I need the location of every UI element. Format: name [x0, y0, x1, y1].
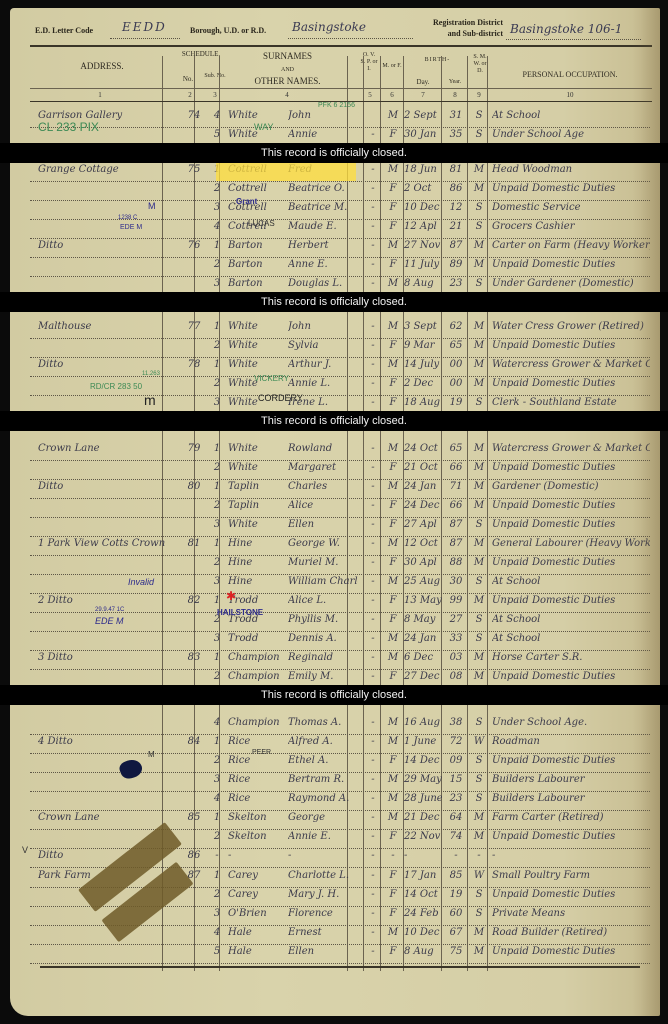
cell-sex: F: [385, 340, 401, 351]
census-row: 3HineWilliam Charles-M25 Aug30SAt School: [30, 574, 650, 594]
cell-sex: F: [385, 397, 401, 408]
annotation-inv: Invalid: [128, 577, 154, 587]
cell-sub: 4: [208, 221, 226, 232]
cell-sub: 1: [208, 359, 226, 370]
annotation-ede-code-2: EDE M: [95, 616, 124, 626]
cell-status: M: [471, 359, 487, 370]
cell-sched: 84: [180, 736, 208, 747]
cell-ovspi: -: [366, 614, 380, 625]
cell-status: M: [471, 812, 487, 823]
cell-surname: Champion: [228, 652, 288, 663]
cell-sex: F: [385, 557, 401, 568]
cell-sub: -: [208, 850, 226, 861]
cell-other: Ellen: [288, 946, 358, 957]
cell-address: 1 Park View Cotts Crown Lane: [38, 538, 168, 549]
annotation-m-2: m: [144, 392, 156, 408]
cell-occupation: Unpaid Domestic Duties: [492, 595, 650, 606]
cell-occupation: Grocers Cashier: [492, 221, 650, 232]
cell-day: 29 May: [404, 774, 442, 785]
cell-sched: 85: [180, 812, 208, 823]
cell-status: S: [471, 717, 487, 728]
cell-day: 17 Jan: [404, 870, 442, 881]
cell-surname: Barton: [228, 278, 288, 289]
census-row: Ditto781WhiteArthur J.-M14 July00MWaterc…: [30, 357, 650, 377]
cell-day: 18 Jun: [404, 164, 442, 175]
cell-address: Crown Lane: [38, 812, 168, 823]
cell-year: 08: [445, 671, 467, 682]
cell-year: 31: [445, 110, 467, 121]
cell-day: 24 Oct: [404, 443, 442, 454]
cell-occupation: Watercress Grower & Market Gardener: [492, 443, 650, 454]
census-row: 4RiceRaymond A.-M28 June23SBuilders Labo…: [30, 791, 650, 811]
cell-surname: White: [228, 443, 288, 454]
cell-ovspi: -: [366, 538, 380, 549]
cell-sex: M: [385, 110, 401, 121]
cell-sub: 2: [208, 340, 226, 351]
cell-sex: F: [385, 671, 401, 682]
cell-sub: 5: [208, 129, 226, 140]
cell-sub: 2: [208, 671, 226, 682]
cell-year: 87: [445, 538, 467, 549]
cell-occupation: Small Poultry Farm: [492, 870, 650, 881]
cell-sub: 3: [208, 202, 226, 213]
cell-other: Emily M.: [288, 671, 358, 682]
cell-year: 72: [445, 736, 467, 747]
cell-other: Charlotte L.: [288, 870, 358, 881]
cell-day: 2 Sept: [404, 110, 442, 121]
cell-year: 65: [445, 443, 467, 454]
cell-other: Mary J. H.: [288, 889, 358, 900]
cell-occupation: Head Woodman: [492, 164, 650, 175]
cell-other: Raymond A.: [288, 793, 358, 804]
cell-sub: 4: [208, 927, 226, 938]
cell-day: 24 Jan: [404, 481, 442, 492]
column-number: 2: [180, 91, 200, 99]
cell-year: 89: [445, 259, 467, 270]
cell-ovspi: -: [366, 652, 380, 663]
cell-occupation: Under Gardener (Domestic): [492, 278, 650, 289]
cell-occupation: Roadman: [492, 736, 650, 747]
cell-sched: 77: [180, 321, 208, 332]
cell-surname: -: [228, 850, 288, 861]
cell-ovspi: -: [366, 164, 380, 175]
cell-year: 23: [445, 793, 467, 804]
cell-sex: F: [385, 946, 401, 957]
annotation-cordery: CORDERY: [258, 393, 303, 403]
cell-ovspi: -: [366, 183, 380, 194]
column-number: 3: [205, 91, 225, 99]
col-sex: M. or F.: [382, 63, 402, 70]
cell-status: -: [471, 850, 487, 861]
cell-address: 2 Ditto: [38, 595, 168, 606]
cell-sex: F: [385, 908, 401, 919]
cell-day: 14 Dec: [404, 755, 442, 766]
census-row: 4ChampionThomas A.-M16 Aug38SUnder Schoo…: [30, 715, 650, 735]
cell-sex: F: [385, 221, 401, 232]
cell-sex: M: [385, 359, 401, 370]
cell-sched: 80: [180, 481, 208, 492]
cell-surname: Rice: [228, 736, 288, 747]
cell-surname: Hine: [228, 576, 288, 587]
cell-occupation: Water Cress Grower (Retired): [492, 321, 650, 332]
cell-ovspi: -: [366, 717, 380, 728]
cell-surname: Taplin: [228, 500, 288, 511]
cell-other: Douglas L.: [288, 278, 358, 289]
cell-occupation: Private Means: [492, 908, 650, 919]
cell-other: Annie: [288, 129, 358, 140]
cell-day: 2 Oct: [404, 183, 442, 194]
cell-day: 16 Aug: [404, 717, 442, 728]
cell-status: M: [471, 538, 487, 549]
annotation-ede-date: 29.9.47 1C: [95, 607, 124, 613]
annotation-m-1: M: [148, 201, 156, 211]
cell-other: Florence: [288, 908, 358, 919]
cell-status: S: [471, 129, 487, 140]
cell-ovspi: -: [366, 519, 380, 530]
census-row: 3TroddDennis A.-M24 Jan33SAt School: [30, 631, 650, 651]
cell-ovspi: -: [366, 259, 380, 270]
cell-sex: M: [385, 321, 401, 332]
cell-status: M: [471, 164, 487, 175]
cell-address: Crown Lane: [38, 443, 168, 454]
cell-year: 09: [445, 755, 467, 766]
cell-day: 2 Dec: [404, 378, 442, 389]
cell-year: 71: [445, 481, 467, 492]
cell-sched: 74: [180, 110, 208, 121]
cell-status: M: [471, 671, 487, 682]
cell-status: S: [471, 774, 487, 785]
cell-ovspi: -: [366, 633, 380, 644]
annotation-m-3: M: [148, 750, 155, 759]
cell-year: 21: [445, 221, 467, 232]
cell-occupation: Unpaid Domestic Duties: [492, 259, 650, 270]
census-row: Ditto801TaplinCharles-M24 Jan71MGardener…: [30, 479, 650, 499]
cell-sub: 3: [208, 397, 226, 408]
cell-surname: White: [228, 359, 288, 370]
ed-letter-code-value: EEDD: [122, 20, 167, 34]
cell-sched: 79: [180, 443, 208, 454]
column-number: 10: [560, 91, 580, 99]
cell-day: 14 July: [404, 359, 442, 370]
cell-address: Ditto: [38, 481, 168, 492]
annotation-lucas: LUCAS: [248, 219, 275, 228]
cell-other: -: [288, 850, 358, 861]
cell-status: S: [471, 793, 487, 804]
cell-year: 67: [445, 927, 467, 938]
cell-occupation: Under School Age.: [492, 717, 650, 728]
cell-day: 21 Oct: [404, 462, 442, 473]
cell-occupation: Unpaid Domestic Duties: [492, 519, 650, 530]
cell-status: W: [471, 736, 487, 747]
registration-value: Basingstoke 106-1: [510, 22, 622, 36]
cell-sub: 3: [208, 278, 226, 289]
cell-status: M: [471, 443, 487, 454]
cell-occupation: At School: [492, 576, 650, 587]
cell-other: Bertram R.: [288, 774, 358, 785]
cell-year: 33: [445, 633, 467, 644]
cell-other: Beatrice O.: [288, 183, 358, 194]
cell-occupation: Builders Labourer: [492, 774, 650, 785]
cell-day: 8 Aug: [404, 946, 442, 957]
cell-other: Charles: [288, 481, 358, 492]
cell-other: William Charles: [288, 576, 358, 587]
cell-status: M: [471, 557, 487, 568]
cell-sex: M: [385, 240, 401, 251]
cell-occupation: Unpaid Domestic Duties: [492, 378, 650, 389]
col-birth: BIRTH-: [405, 56, 470, 65]
cell-sub: 1: [208, 321, 226, 332]
cell-day: 22 Nov: [404, 831, 442, 842]
cell-sub: 4: [208, 110, 226, 121]
cell-sub: 3: [208, 576, 226, 587]
cell-sex: F: [385, 889, 401, 900]
cell-ovspi: -: [366, 221, 380, 232]
cell-year: 23: [445, 278, 467, 289]
annotation-v: V: [22, 845, 28, 855]
cell-sex: F: [385, 183, 401, 194]
cell-surname: Hale: [228, 946, 288, 957]
cell-surname: Cottrell: [228, 183, 288, 194]
cell-ovspi: -: [366, 812, 380, 823]
cell-year: 75: [445, 946, 467, 957]
ed-letter-code-label: E.D. Letter Code: [35, 26, 93, 35]
cell-address: 3 Ditto: [38, 652, 168, 663]
borough-label: Borough, U.D. or R.D.: [190, 26, 266, 35]
cell-sub: 2: [208, 889, 226, 900]
cell-ovspi: -: [366, 378, 380, 389]
cell-status: M: [471, 946, 487, 957]
cell-sub: 4: [208, 717, 226, 728]
cell-status: W: [471, 870, 487, 881]
cell-day: 6 Dec: [404, 652, 442, 663]
cell-year: 85: [445, 870, 467, 881]
cell-ovspi: -: [366, 240, 380, 251]
cell-ovspi: -: [366, 870, 380, 881]
cell-other: Sylvia: [288, 340, 358, 351]
cell-day: 27 Nov: [404, 240, 442, 251]
closed-record-banner: This record is officially closed.: [0, 143, 668, 163]
cell-occupation: At School: [492, 633, 650, 644]
column-number: 7: [413, 91, 433, 99]
cell-sex: F: [385, 755, 401, 766]
cell-status: M: [471, 500, 487, 511]
cell-surname: White: [228, 321, 288, 332]
cell-year: 62: [445, 321, 467, 332]
cell-sub: 5: [208, 946, 226, 957]
cell-sex: F: [385, 202, 401, 213]
annotation-rdcr: RD/CR 283 50: [90, 382, 142, 391]
cell-sub: 1: [208, 240, 226, 251]
cell-day: 27 Apl: [404, 519, 442, 530]
cell-year: 74: [445, 831, 467, 842]
cell-other: Anne E.: [288, 259, 358, 270]
cell-surname: White: [228, 519, 288, 530]
cell-ovspi: -: [366, 831, 380, 842]
cell-sched: 81: [180, 538, 208, 549]
cell-sub: 1: [208, 736, 226, 747]
cell-ovspi: -: [366, 321, 380, 332]
cell-status: M: [471, 652, 487, 663]
cell-surname: Rice: [228, 793, 288, 804]
cell-sched: 78: [180, 359, 208, 370]
cell-occupation: Unpaid Domestic Duties: [492, 831, 650, 842]
annotation-cl-pix: CL 233 PIX: [38, 120, 99, 134]
borough-value: Basingstoke: [292, 20, 366, 34]
cell-sub: 2: [208, 557, 226, 568]
red-asterisk-icon: ✱: [226, 589, 236, 603]
cell-occupation: Builders Labourer: [492, 793, 650, 804]
census-row: 2WhiteSylvia-F9 Mar65MUnpaid Domestic Du…: [30, 338, 650, 358]
cell-sched: 75: [180, 164, 208, 175]
cell-other: Ernest: [288, 927, 358, 938]
cell-ovspi: -: [366, 755, 380, 766]
cell-occupation: Unpaid Domestic Duties: [492, 755, 650, 766]
column-number: 6: [382, 91, 402, 99]
cell-surname: Carey: [228, 889, 288, 900]
cell-occupation: Unpaid Domestic Duties: [492, 340, 650, 351]
cell-other: Phyllis M.: [288, 614, 358, 625]
cell-ovspi: -: [366, 793, 380, 804]
cell-day: 21 Dec: [404, 812, 442, 823]
cell-ovspi: -: [366, 927, 380, 938]
cell-sub: 2: [208, 755, 226, 766]
cell-sub: 2: [208, 831, 226, 842]
cell-ovspi: -: [366, 850, 380, 861]
closed-record-banner: This record is officially closed.: [0, 685, 668, 705]
col-surnames-and: AND: [230, 66, 345, 75]
cell-ovspi: -: [366, 576, 380, 587]
cell-year: 86: [445, 183, 467, 194]
cell-ovspi: -: [366, 481, 380, 492]
cell-other: George W.: [288, 538, 358, 549]
cell-other: Maude E.: [288, 221, 358, 232]
cell-sex: M: [385, 652, 401, 663]
cell-status: S: [471, 576, 487, 587]
cell-sex: F: [385, 831, 401, 842]
cell-sub: 1: [208, 538, 226, 549]
cell-status: S: [471, 202, 487, 213]
column-number: 4: [277, 91, 297, 99]
cell-sex: M: [385, 164, 401, 175]
cell-occupation: At School: [492, 110, 650, 121]
cell-sub: 1: [208, 652, 226, 663]
cell-other: John: [288, 321, 358, 332]
cell-sub: 3: [208, 774, 226, 785]
cell-other: Alfred A.: [288, 736, 358, 747]
cell-occupation: Gardener (Domestic): [492, 481, 650, 492]
cell-sched: 83: [180, 652, 208, 663]
col-occupation: PERSONAL OCCUPATION.: [495, 70, 645, 79]
cell-status: M: [471, 378, 487, 389]
cell-status: S: [471, 278, 487, 289]
cell-address: Malthouse: [38, 321, 168, 332]
cell-day: 10 Dec: [404, 927, 442, 938]
cell-occupation: Farm Carter (Retired): [492, 812, 650, 823]
cell-status: M: [471, 462, 487, 473]
cell-sex: M: [385, 812, 401, 823]
column-number: 9: [469, 91, 489, 99]
cell-ovspi: -: [366, 202, 380, 213]
cell-year: 19: [445, 889, 467, 900]
cell-other: Alice L.: [288, 595, 358, 606]
cell-sex: M: [385, 793, 401, 804]
closed-record-banner: This record is officially closed.: [0, 292, 668, 312]
cell-sub: 1: [208, 870, 226, 881]
cell-surname: O'Brien: [228, 908, 288, 919]
cell-surname: Carey: [228, 870, 288, 881]
cell-address: 4 Ditto: [38, 736, 168, 747]
cell-other: Arthur J.: [288, 359, 358, 370]
cell-status: S: [471, 614, 487, 625]
cell-surname: Rice: [228, 755, 288, 766]
cell-year: 99: [445, 595, 467, 606]
cell-sex: -: [385, 850, 401, 861]
cell-sub: 3: [208, 908, 226, 919]
census-row: 5HaleEllen-F8 Aug75MUnpaid Domestic Duti…: [30, 944, 650, 964]
cell-surname: Hine: [228, 557, 288, 568]
highlighted-entry: [216, 162, 356, 181]
cell-surname: Champion: [228, 671, 288, 682]
cell-ovspi: -: [366, 736, 380, 747]
cell-other: Alice: [288, 500, 358, 511]
annotation-ede-code-1: 1238 C: [118, 215, 137, 221]
col-surnames: SURNAMES: [230, 52, 345, 61]
annotation-way: WAY: [254, 122, 274, 132]
cell-other: Ethel A.: [288, 755, 358, 766]
cell-sex: F: [385, 614, 401, 625]
column-number: 8: [445, 91, 465, 99]
col-other-names: OTHER NAMES.: [230, 77, 345, 86]
cell-sex: F: [385, 519, 401, 530]
cell-year: 88: [445, 557, 467, 568]
cell-sub: 2: [208, 259, 226, 270]
cell-occupation: Unpaid Domestic Duties: [492, 671, 650, 682]
cell-surname: Trodd: [228, 633, 288, 644]
cell-surname: Barton: [228, 240, 288, 251]
cell-sex: M: [385, 278, 401, 289]
annotation-rdcr-small: 11.263: [142, 371, 160, 377]
closed-record-banner: This record is officially closed.: [0, 411, 668, 431]
cell-sub: 2: [208, 462, 226, 473]
cell-occupation: Unpaid Domestic Duties: [492, 462, 650, 473]
census-row: 1 Park View Cotts Crown Lane811HineGeorg…: [30, 536, 650, 556]
census-row: Malthouse771WhiteJohn-M3 Sept62MWater Cr…: [30, 319, 650, 339]
cell-status: S: [471, 633, 487, 644]
census-row: 4 Ditto841RiceAlfred A.-M1 June72WRoadma…: [30, 734, 650, 754]
cell-year: 15: [445, 774, 467, 785]
cell-occupation: Unpaid Domestic Duties: [492, 889, 650, 900]
cell-sched: 86: [180, 850, 208, 861]
cell-ovspi: -: [366, 671, 380, 682]
cell-other: Muriel M.: [288, 557, 358, 568]
cell-sched: 82: [180, 595, 208, 606]
cell-day: 30 Jan: [404, 129, 442, 140]
cell-year: 12: [445, 202, 467, 213]
cell-day: 30 Apl: [404, 557, 442, 568]
cell-sex: M: [385, 633, 401, 644]
census-row: Ditto761BartonHerbert-M27 Nov87MCarter o…: [30, 238, 650, 258]
col-schedule-no: No.: [172, 75, 204, 84]
cell-status: S: [471, 397, 487, 408]
cell-sex: M: [385, 576, 401, 587]
cell-day: 13 May: [404, 595, 442, 606]
col-address: ADDRESS.: [32, 62, 172, 71]
cell-status: M: [471, 340, 487, 351]
cell-status: S: [471, 110, 487, 121]
cell-other: John: [288, 110, 358, 121]
cell-day: 12 Oct: [404, 538, 442, 549]
cell-year: 60: [445, 908, 467, 919]
